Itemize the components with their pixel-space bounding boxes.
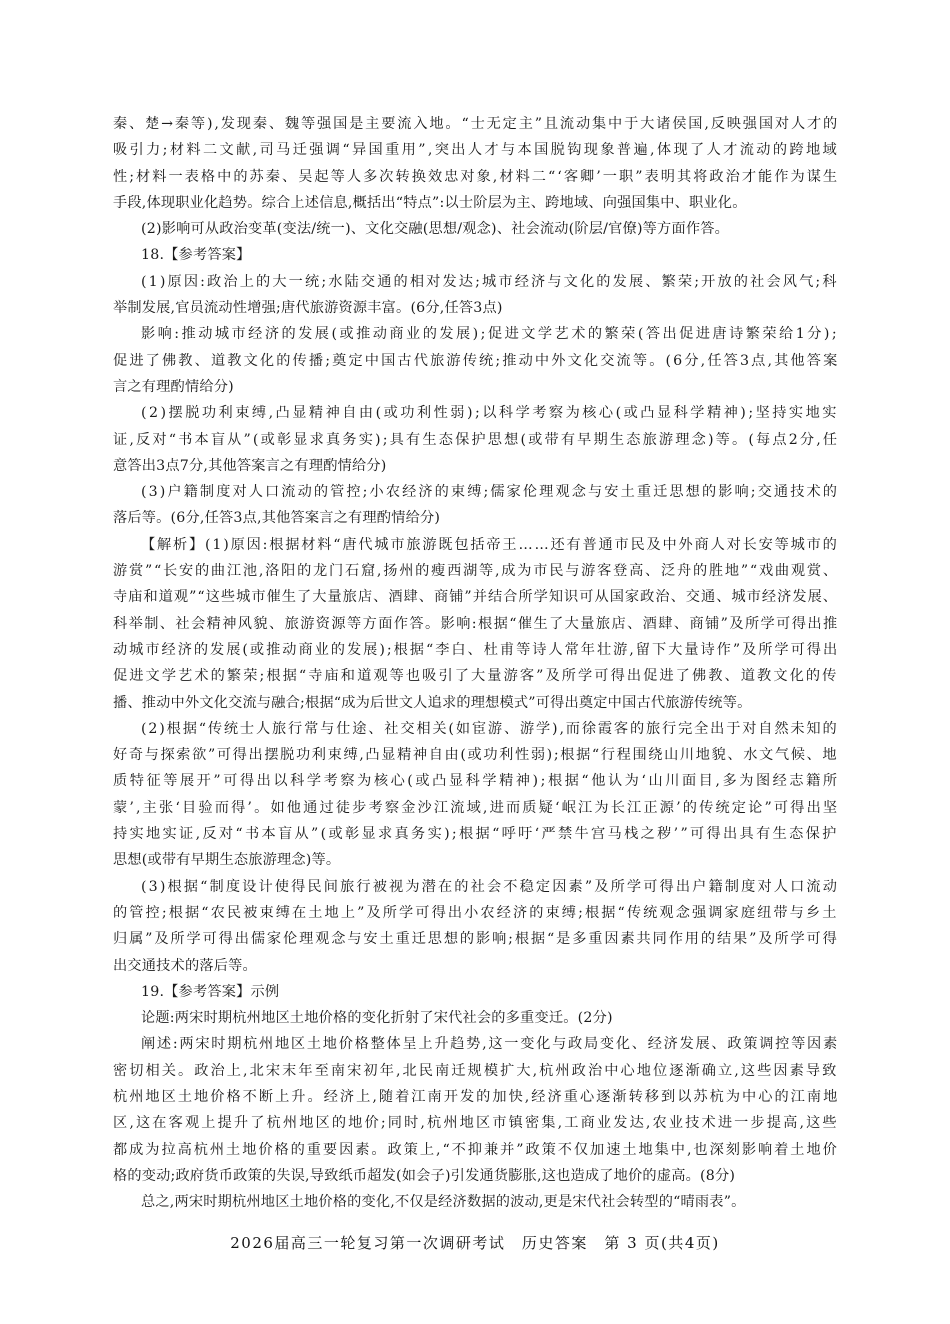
text-line: 18.【参考答案】 (113, 242, 837, 268)
text-line: 都成为拉高杭州土地价格的重要因素。政策上,“不抑兼并”政策不仅加速土地集中,也深… (113, 1137, 837, 1163)
text-line: (3)户籍制度对人口流动的管控;小农经济的束缚;儒家伦理观念与安土重迁思想的影响… (113, 479, 837, 505)
text-line: (1)原因:政治上的大一统;水陆交通的相对发达;城市经济与文化的发展、繁荣;开放… (113, 269, 837, 295)
text-line: 影响:推动城市经济的发展(或推动商业的发展);促进文学艺术的繁荣(答出促进唐诗繁… (113, 321, 837, 347)
text-line: 举制发展,官员流动性增强;唐代旅游资源丰富。(6分,任答3点) (113, 295, 837, 321)
text-line: 持实地实证,反对“书本盲从”(或彰显求真务实);根据“呼吁‘严禁牛宫马栈之秽’”… (113, 821, 837, 847)
text-line: 吸引力;材料二文献,司马迁强调“异国重用”,突出人才与本国脱钩现象普遍,体现了人… (113, 137, 837, 163)
text-line: 促进文学艺术的繁荣;根据“寺庙和道观等也吸引了大量游客”及所学可得出促进了佛教、… (113, 663, 837, 689)
text-line: 言之有理酌情给分) (113, 374, 837, 400)
text-line: 思想(或带有早期生态旅游理念)等。 (113, 847, 837, 873)
text-line: 的管控;根据“农民被束缚在土地上”及所学可得出小农经济的束缚;根据“传统观念强调… (113, 900, 837, 926)
text-line: 论题:两宋时期杭州地区土地价格的变化折射了宋代社会的多重变迁。(2分) (113, 1005, 837, 1031)
text-line: 促进了佛教、道教文化的传播;奠定中国古代旅游传统;推动中外文化交流等。(6分,任… (113, 348, 837, 374)
text-line: 证,反对“书本盲从”(或彰显求真务实);具有生态保护思想(或带有早期生态旅游理念… (113, 427, 837, 453)
text-line: 阐述:两宋时期杭州地区土地价格整体呈上升趋势,这一变化与政局变化、经济发展、政策… (113, 1031, 837, 1057)
text-line: 【解析】(1)原因:根据材料“唐代城市旅游既包括帝王……还有普通市民及中外商人对… (113, 532, 837, 558)
text-line: (2)根据“传统士人旅行常与仕途、社交相关(如宦游、游学),而徐霞客的旅行完全出… (113, 716, 837, 742)
text-line: 落后等。(6分,任答3点,其他答案言之有理酌情给分) (113, 505, 837, 531)
text-line: 格的变动;政府货币政策的失误,导致纸币超发(如会子)引发通货膨胀,这也造成了地价… (113, 1163, 837, 1189)
text-lines: 秦、楚→秦等),发现秦、魏等强国是主要流入地。“士无定主”且流动集中于大诸侯国,… (113, 111, 837, 1215)
text-line: (2)摆脱功利束缚,凸显精神自由(或功利性弱);以科学考察为核心(或凸显科学精神… (113, 400, 837, 426)
text-line: 密切相关。政治上,北宋末年至南宋初年,北民南迁规模扩大,杭州政治中心地位逐渐确立… (113, 1058, 837, 1084)
text-line: 区,这在客观上提升了杭州地区的地价;同时,杭州地区市镇密集,工商业发达,农业技术… (113, 1110, 837, 1136)
text-line: 质特征等展开”可得出以科学考察为核心(或凸显科学精神);根据“他认为‘山川面目,… (113, 768, 837, 794)
text-line: 动城市经济的发展(或推动商业的发展);根据“李白、杜甫等诗人常年壮游,留下大量诗… (113, 637, 837, 663)
text-line: 蒙’,主张‘目验而得’。如他通过徒步考察金沙江流域,进而质疑‘岷江为长江正源’的… (113, 795, 837, 821)
text-line: 手段,体现职业化趋势。综合上述信息,概括出“特点”:以士阶层为主、跨地域、向强国… (113, 190, 837, 216)
text-line: (2)影响可从政治变革(变法/统一)、文化交融(思想/观念)、社会流动(阶层/官… (113, 216, 837, 242)
text-line: 好奇与探索欲”可得出摆脱功利束缚,凸显精神自由(或功利性弱);根据“行程围绕山川… (113, 742, 837, 768)
text-line: 科举制、社会精神风貌、旅游资源等方面作答。影响:根据“催生了大量旅店、酒肆、商铺… (113, 611, 837, 637)
answer-page-body: 秦、楚→秦等),发现秦、魏等强国是主要流入地。“士无定主”且流动集中于大诸侯国,… (113, 111, 837, 1215)
text-line: 出交通技术的落后等。 (113, 953, 837, 979)
text-line: 秦、楚→秦等),发现秦、魏等强国是主要流入地。“士无定主”且流动集中于大诸侯国,… (113, 111, 837, 137)
page-footer: 2026届高三一轮复习第一次调研考试 历史答案 第 3 页(共4页) (0, 1232, 950, 1253)
text-line: 性;材料一表格中的苏秦、吴起等人多次转换效忠对象,材料二“‘客卿’一职”表明其将… (113, 164, 837, 190)
text-line: 归属”及所学可得出儒家伦理观念与安土重迁思想的影响;根据“是多重因素共同作用的结… (113, 926, 837, 952)
text-line: (3)根据“制度设计使得民间旅行被视为潜在的社会不稳定因素”及所学可得出户籍制度… (113, 874, 837, 900)
text-line: 意答出3点7分,其他答案言之有理酌情给分) (113, 453, 837, 479)
text-line: 播、推动中外文化交流与融合;根据“成为后世文人追求的理想模式”可得出奠定中国古代… (113, 690, 837, 716)
text-line: 19.【参考答案】示例 (113, 979, 837, 1005)
text-line: 总之,两宋时期杭州地区土地价格的变化,不仅是经济数据的波动,更是宋代社会转型的“… (113, 1189, 837, 1215)
text-line: 寺庙和道观”“这些城市催生了大量旅店、酒肆、商铺”并结合所学知识可从国家政治、交… (113, 584, 837, 610)
text-line: 游赏”“长安的曲江池,洛阳的龙门石窟,扬州的瘦西湖等,成为市民与游客登高、泛舟的… (113, 558, 837, 584)
text-line: 杭州地区土地价格不断上升。经济上,随着江南开发的加快,经济重心逐渐转移到以苏杭为… (113, 1084, 837, 1110)
